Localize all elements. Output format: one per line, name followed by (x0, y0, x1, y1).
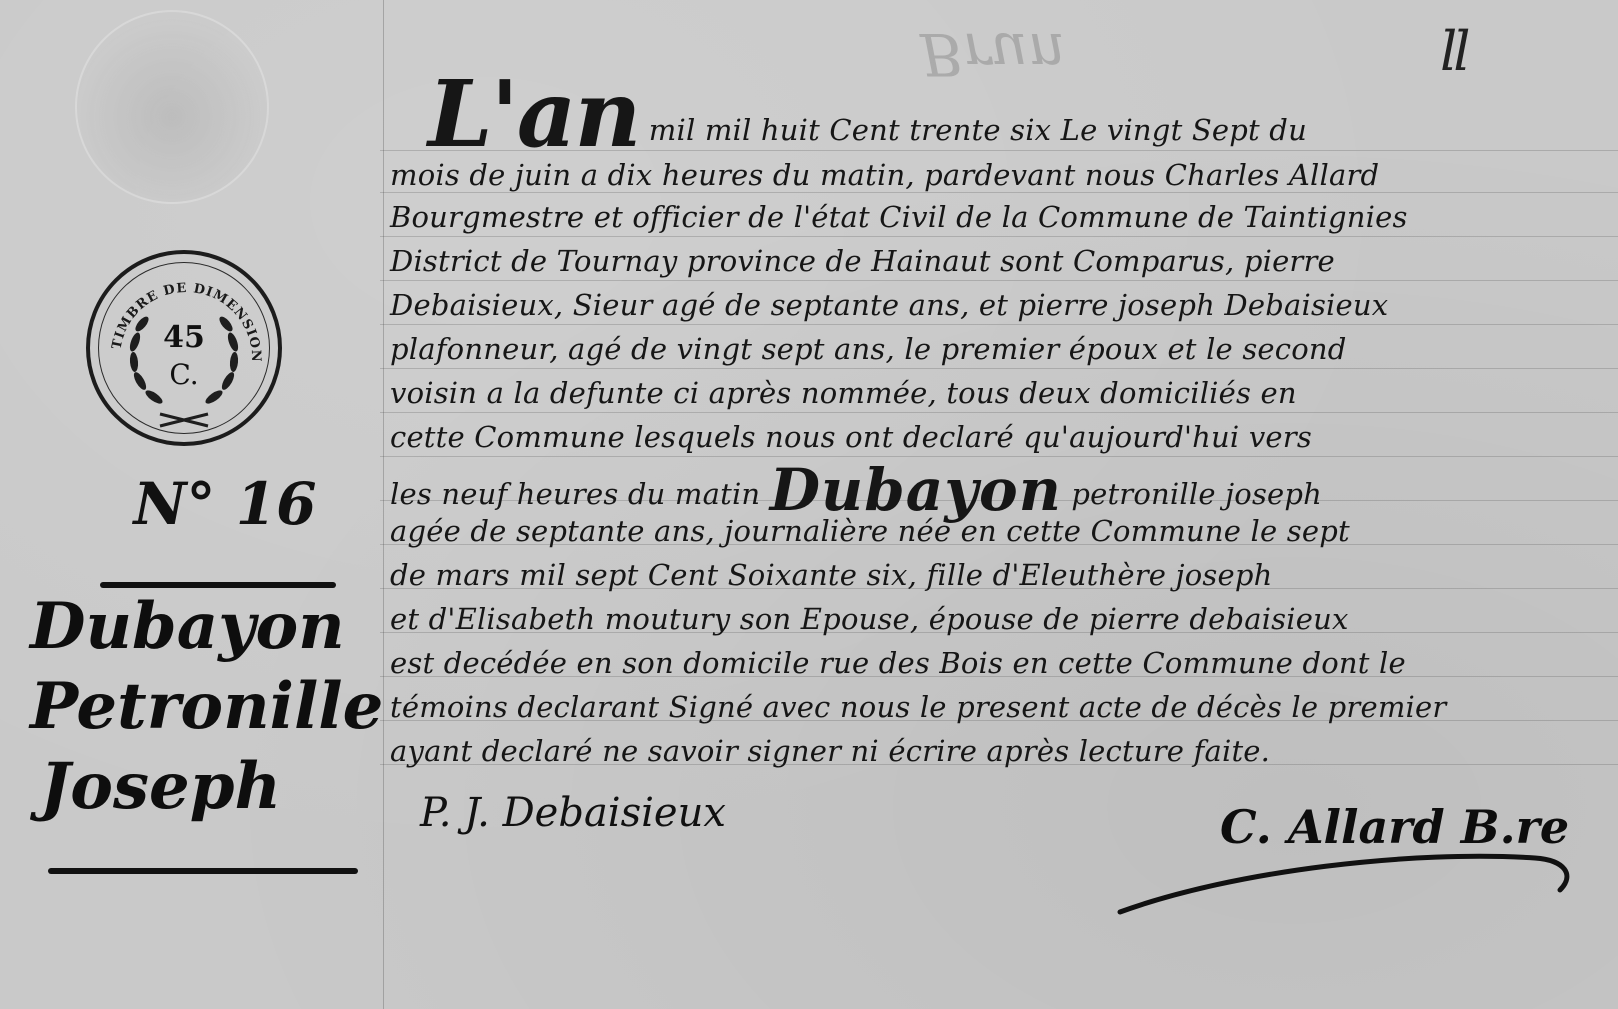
record-number-underline (100, 582, 336, 588)
margin-given-name-1: Petronille (30, 675, 383, 739)
deceased-given-names: petronille joseph (1071, 477, 1322, 511)
text-line-14: témoins declarant Signé avec nous le pre… (390, 690, 1446, 724)
witness-signature: P. J. Debaisieux (420, 790, 726, 836)
text-line-10: agée de septante ans, journalière née en… (390, 514, 1350, 548)
embossed-seal-mark (75, 10, 269, 204)
text-line-3: Bourgmestre et officier de l'état Civil … (390, 200, 1408, 234)
margin-name-underline (48, 868, 358, 874)
revenue-stamp: TIMBRE DE DIMENSION 45 C. (86, 250, 282, 446)
official-signature: C. Allard B.re (1220, 800, 1569, 854)
text-line-2: mois de juin a dix heures du matin, pard… (390, 158, 1379, 192)
margin-given-name-2: Joseph (40, 755, 281, 819)
text-line-5: Debaisieux, Sieur agé de septante ans, e… (390, 288, 1388, 322)
text-line-12: et d'Elisabeth moutury son Epouse, épous… (390, 602, 1349, 636)
line-text: mil mil huit Cent trente six Le vingt Se… (649, 113, 1307, 147)
line-text: les neuf heures du matin (390, 477, 760, 511)
text-line-8: cette Commune lesquels nous ont declaré … (390, 420, 1312, 454)
text-line-1: L'an mil mil huit Cent trente six Le vin… (428, 60, 1307, 168)
text-line-13: est decédée en son domicile rue des Bois… (390, 646, 1406, 680)
signature-flourish-icon (1115, 850, 1575, 920)
stamp-unit: C. (90, 358, 278, 391)
stamp-value: 45 (90, 320, 278, 355)
text-line-4: District de Tournay province de Hainaut … (390, 244, 1335, 278)
text-line-15: ayant declaré ne savoir signer ni écrire… (390, 734, 1270, 768)
margin-surname: Dubayon (30, 595, 345, 659)
text-line-7: voisin a la defunte ci après nommée, tou… (390, 376, 1297, 410)
text-line-6: plafonneur, agé de vingt sept ans, le pr… (390, 332, 1347, 366)
record-number: N° 16 (110, 470, 340, 538)
text-line-11: de mars mil sept Cent Soixante six, fill… (390, 558, 1272, 592)
margin-rule (383, 0, 384, 1009)
opening-word: L'an (428, 60, 639, 168)
